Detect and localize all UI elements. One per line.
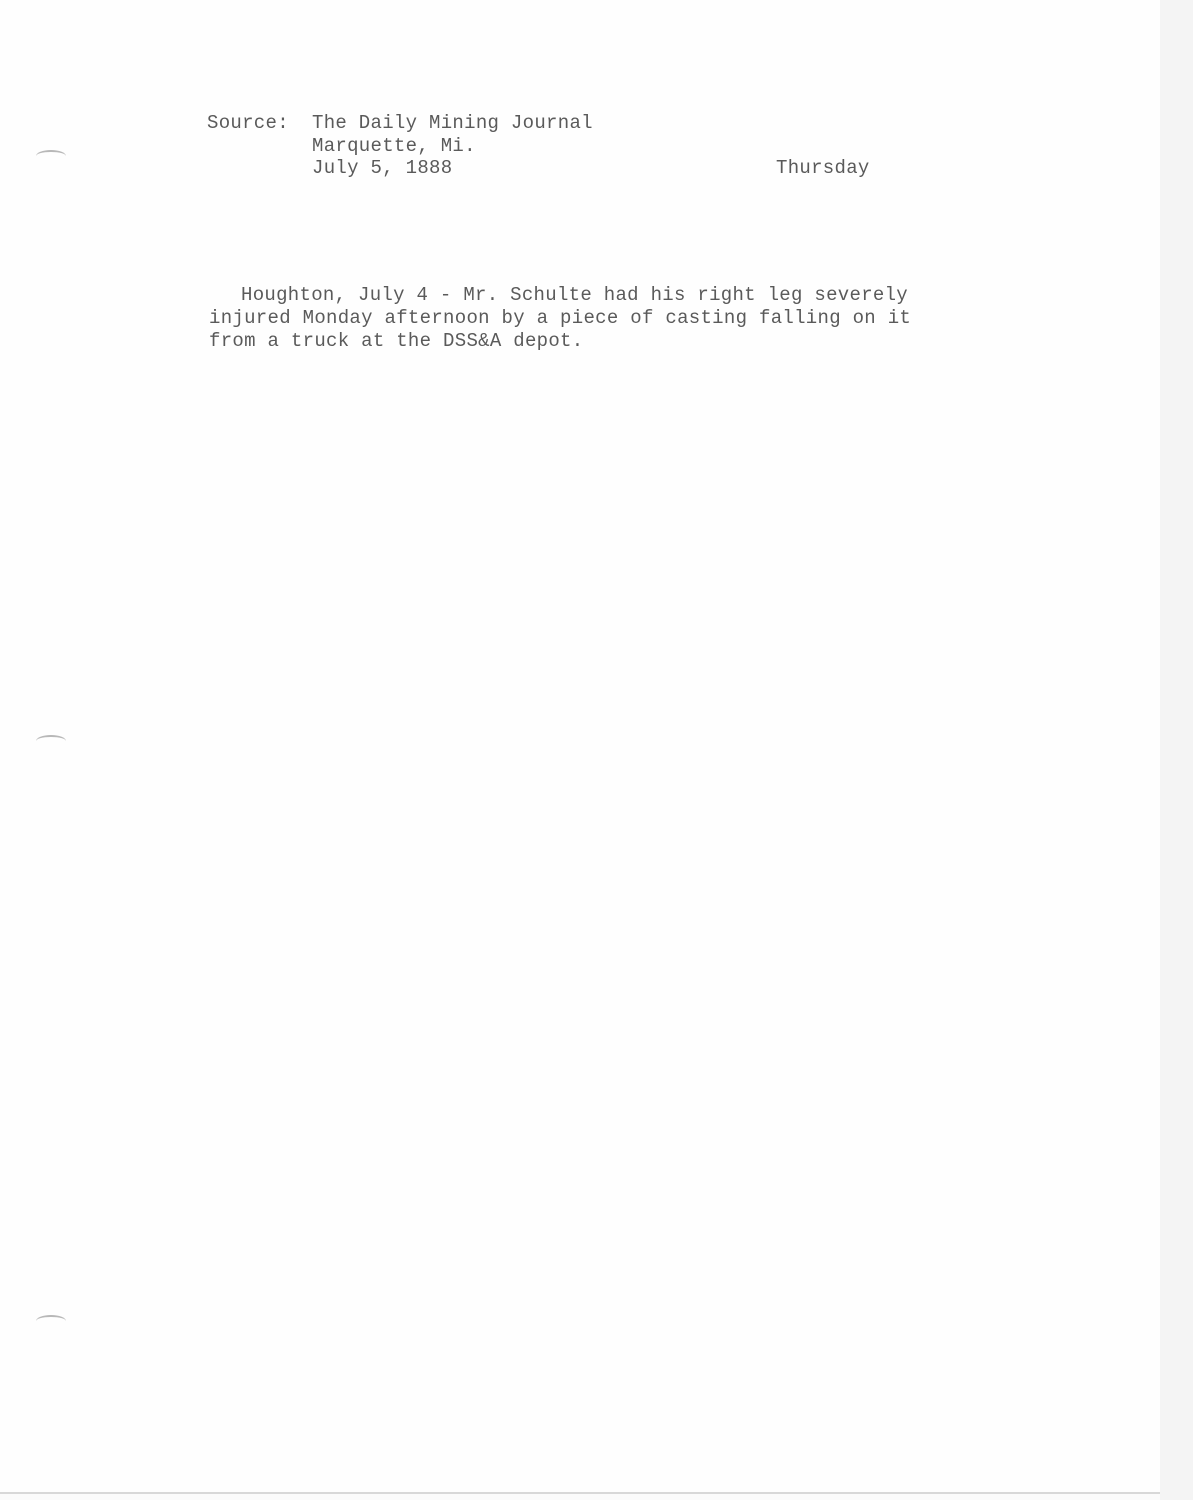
- article-line: Houghton, July 4 - Mr. Schulte had his r…: [241, 284, 908, 306]
- scan-edge: [1160, 0, 1193, 1500]
- publication-name: The Daily Mining Journal: [312, 112, 593, 134]
- publication-location: Marquette, Mi.: [312, 135, 476, 157]
- document-page: Source: The Daily Mining Journal Marquet…: [0, 0, 1161, 1494]
- punch-hole-mark: [36, 735, 66, 747]
- source-label: Source:: [207, 112, 289, 134]
- punch-hole-mark: [36, 1315, 66, 1327]
- publication-date: July 5, 1888: [312, 157, 452, 179]
- article-line: injured Monday afternoon by a piece of c…: [209, 307, 911, 329]
- article-line: from a truck at the DSS&A depot.: [209, 330, 583, 352]
- publication-weekday: Thursday: [776, 157, 870, 179]
- punch-hole-mark: [36, 150, 66, 162]
